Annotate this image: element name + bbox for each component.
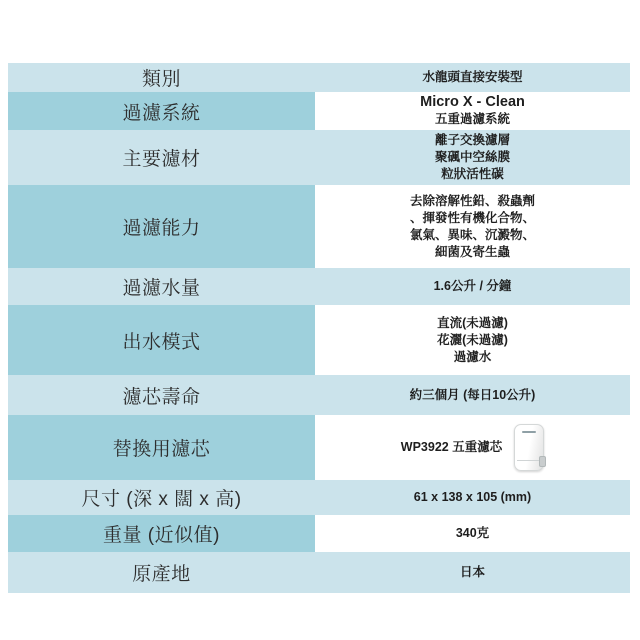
value-line: 過濾水 <box>437 349 508 366</box>
spec-value-lines: 約三個月 (每日10公升) <box>410 387 536 404</box>
table-row: 原產地日本 <box>8 552 630 593</box>
spec-value-lines: 日本 <box>460 564 485 581</box>
spec-value-lines: 離子交換濾層聚碸中空絲膜粒狀活性碳 <box>435 132 510 183</box>
value-line: 氯氣、異味、沉澱物、 <box>410 227 535 244</box>
spec-value-lines: 1.6公升 / 分鐘 <box>434 278 512 295</box>
spec-label: 替換用濾芯 <box>8 415 315 480</box>
value-line: 粒狀活性碳 <box>435 166 510 183</box>
value-line: 水龍頭直接安裝型 <box>422 69 522 86</box>
table-row: 替換用濾芯WP3922 五重濾芯 <box>8 415 630 480</box>
filter-cartridge-image <box>514 424 544 471</box>
spec-value: WP3922 五重濾芯 <box>315 415 630 480</box>
table-row: 重量 (近似值)340克 <box>8 515 630 552</box>
value-line: 61 x 138 x 105 (mm) <box>414 489 531 506</box>
spec-value: 約三個月 (每日10公升) <box>315 375 630 415</box>
spec-value: 61 x 138 x 105 (mm) <box>315 480 630 515</box>
spec-value-lines: 水龍頭直接安裝型 <box>422 69 522 86</box>
spec-label: 過濾能力 <box>8 185 315 268</box>
table-row: 過濾系統Micro X - Clean五重過濾系統 <box>8 92 630 130</box>
value-line: 340克 <box>456 525 489 542</box>
spec-value-lines: 61 x 138 x 105 (mm) <box>414 489 531 506</box>
table-row: 濾芯壽命約三個月 (每日10公升) <box>8 375 630 415</box>
spec-label: 類別 <box>8 63 315 92</box>
spec-value-lines: Micro X - Clean五重過濾系統 <box>420 94 525 128</box>
spec-value-lines: 去除溶解性鉛、殺蟲劑、揮發性有機化合物、氯氣、異味、沉澱物、細菌及寄生蟲 <box>410 193 535 261</box>
spec-value: 水龍頭直接安裝型 <box>315 63 630 92</box>
value-line: 花灑(未過濾) <box>437 332 508 349</box>
value-line: 聚碸中空絲膜 <box>435 149 510 166</box>
value-line: 細菌及寄生蟲 <box>410 244 535 261</box>
cartridge-cap-seam <box>517 460 541 461</box>
spec-label: 尺寸 (深 x 闊 x 高) <box>8 480 315 515</box>
spec-value: 1.6公升 / 分鐘 <box>315 268 630 305</box>
value-line: 直流(未過濾) <box>437 315 508 332</box>
value-line: 五重過濾系統 <box>420 111 525 128</box>
spec-label: 過濾水量 <box>8 268 315 305</box>
table-row: 尺寸 (深 x 闊 x 高)61 x 138 x 105 (mm) <box>8 480 630 515</box>
value-line: 日本 <box>460 564 485 581</box>
value-line: 離子交換濾層 <box>435 132 510 149</box>
table-row: 過濾水量1.6公升 / 分鐘 <box>8 268 630 305</box>
value-line: WP3922 五重濾芯 <box>401 439 502 456</box>
product-spec-page: 類別水龍頭直接安裝型過濾系統Micro X - Clean五重過濾系統主要濾材離… <box>0 0 640 640</box>
table-row: 類別水龍頭直接安裝型 <box>8 63 630 92</box>
spec-label: 主要濾材 <box>8 130 315 185</box>
value-line: 1.6公升 / 分鐘 <box>434 278 512 295</box>
spec-label: 重量 (近似值) <box>8 515 315 552</box>
value-line: 約三個月 (每日10公升) <box>410 387 536 404</box>
spec-value-lines: 340克 <box>456 525 489 542</box>
spec-value: 直流(未過濾)花灑(未過濾)過濾水 <box>315 305 630 375</box>
spec-value: 離子交換濾層聚碸中空絲膜粒狀活性碳 <box>315 130 630 185</box>
cartridge-brand-mark <box>522 431 536 433</box>
table-row: 過濾能力去除溶解性鉛、殺蟲劑、揮發性有機化合物、氯氣、異味、沉澱物、細菌及寄生蟲 <box>8 185 630 268</box>
value-line: Micro X - Clean <box>420 94 525 111</box>
spec-value: 日本 <box>315 552 630 593</box>
cartridge-outlet-nub <box>539 456 546 467</box>
spec-value-lines: WP3922 五重濾芯 <box>401 439 502 456</box>
spec-value: 去除溶解性鉛、殺蟲劑、揮發性有機化合物、氯氣、異味、沉澱物、細菌及寄生蟲 <box>315 185 630 268</box>
table-row: 主要濾材離子交換濾層聚碸中空絲膜粒狀活性碳 <box>8 130 630 185</box>
value-line: 、揮發性有機化合物、 <box>410 210 535 227</box>
value-line: 去除溶解性鉛、殺蟲劑 <box>410 193 535 210</box>
spec-label: 濾芯壽命 <box>8 375 315 415</box>
spec-table: 類別水龍頭直接安裝型過濾系統Micro X - Clean五重過濾系統主要濾材離… <box>8 63 630 593</box>
spec-label: 過濾系統 <box>8 92 315 130</box>
spec-value: Micro X - Clean五重過濾系統 <box>315 92 630 130</box>
spec-label: 原產地 <box>8 552 315 593</box>
table-row: 出水模式直流(未過濾)花灑(未過濾)過濾水 <box>8 305 630 375</box>
spec-value: 340克 <box>315 515 630 552</box>
spec-value-lines: 直流(未過濾)花灑(未過濾)過濾水 <box>437 315 508 366</box>
spec-label: 出水模式 <box>8 305 315 375</box>
